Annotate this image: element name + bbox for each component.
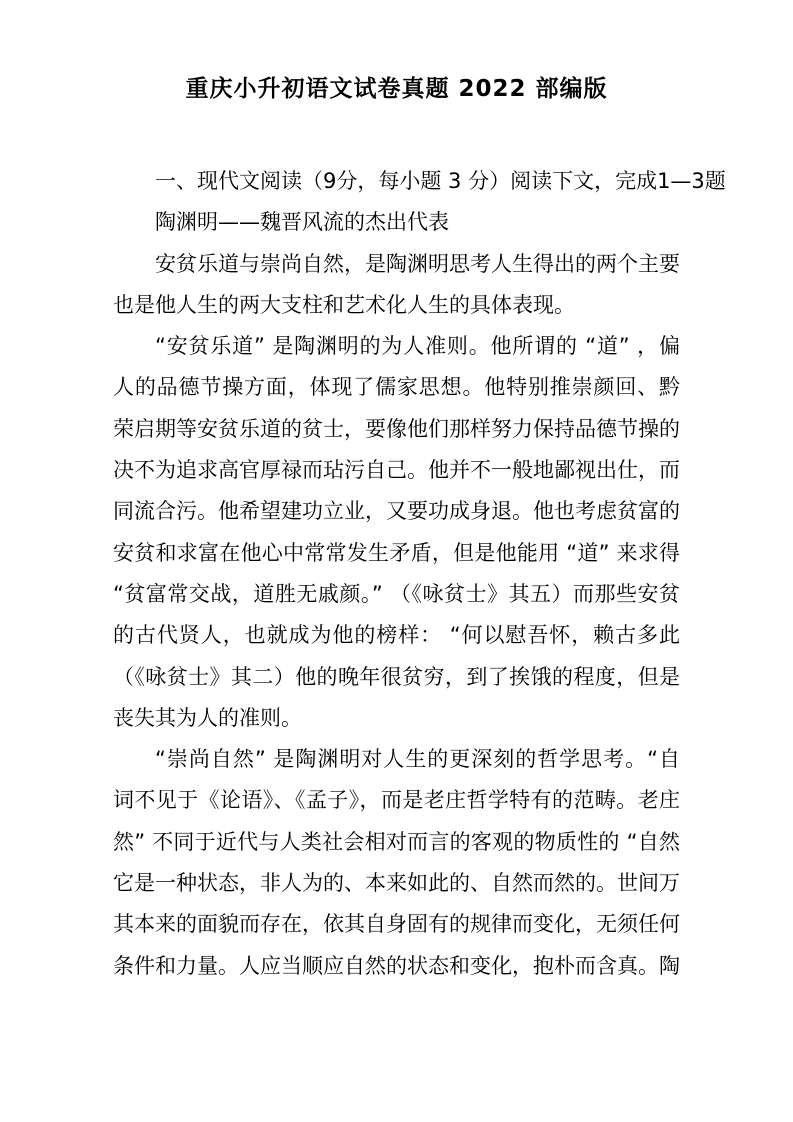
document-page: 重庆小升初语文试卷真题 2022 部编版 一、现代文阅读（9分，每小题 3 分）… [0,0,793,1122]
text-line: 决不为追求高官厚禄而玷污自己。他并不一般地鄙视出仕，而是不肯 [113,450,680,491]
text-line: （《咏贫士》其二）他的晚年很贫穷，到了挨饿的程度，但是并没有 [113,657,680,698]
text-line: 荣启期等安贫乐道的贫士，要像他们那样努力保持品德节操的纯洁， [113,409,680,450]
text-line: 一、现代文阅读（9分，每小题 3 分）阅读下文，完成1—3题 [113,161,680,202]
document-title: 重庆小升初语文试卷真题 2022 部编版 [0,72,793,106]
text-line: “安贫乐道” 是陶渊明的为人准则。他所谓的 “道” ，偏重于个 [113,326,680,367]
text-line: “贫富常交战，道胜无戚颜。” （《咏贫士》其五）而那些安贫乐道 [113,574,680,615]
text-line: 安贫和求富在他心中常常发生矛盾，但是他能用 “道” 来求得平衡： [113,533,680,574]
text-line: 其本来的面貌而存在，依其自身固有的规律而变化，无须任何外在的 [113,904,680,945]
text-line: 条件和力量。人应当顺应自然的状态和变化，抱朴而含真。陶渊明希 [113,946,680,987]
text-line: 陶渊明——魏晋风流的杰出代表 [113,202,680,243]
text-line: 它是一种状态，非人为的、本来如此的、自然而然的。世间万物皆按 [113,863,680,904]
text-line: 丧失其为人的准则。 [113,698,680,739]
document-body: 一、现代文阅读（9分，每小题 3 分）阅读下文，完成1—3题陶渊明——魏晋风流的… [113,161,680,987]
text-line: “崇尚自然” 是陶渊明对人生的更深刻的哲学思考。“自然” 一 [113,739,680,780]
text-line: 安贫乐道与崇尚自然，是陶渊明思考人生得出的两个主要结论， [113,244,680,285]
text-line: 然” 不同于近代与人类社会相对而言的客观的物质性的 “自然界” ， [113,822,680,863]
text-line: 人的品德节操方面，体现了儒家思想。他特别推崇颜回、黔娄、袁安、 [113,367,680,408]
text-line: 也是他人生的两大支柱和艺术化人生的具体表现。 [113,285,680,326]
text-line: 同流合污。他希望建功立业，又要功成身退。他也考虑贫富的问题， [113,491,680,532]
text-line: 词不见于《论语》、《孟子》，而是老庄哲学特有的范畴。老庄所谓 “自 [113,780,680,821]
text-line: 的古代贤人，也就成为他的榜样： “何以慰吾怀，赖古多此贤。” 。 [113,615,680,656]
